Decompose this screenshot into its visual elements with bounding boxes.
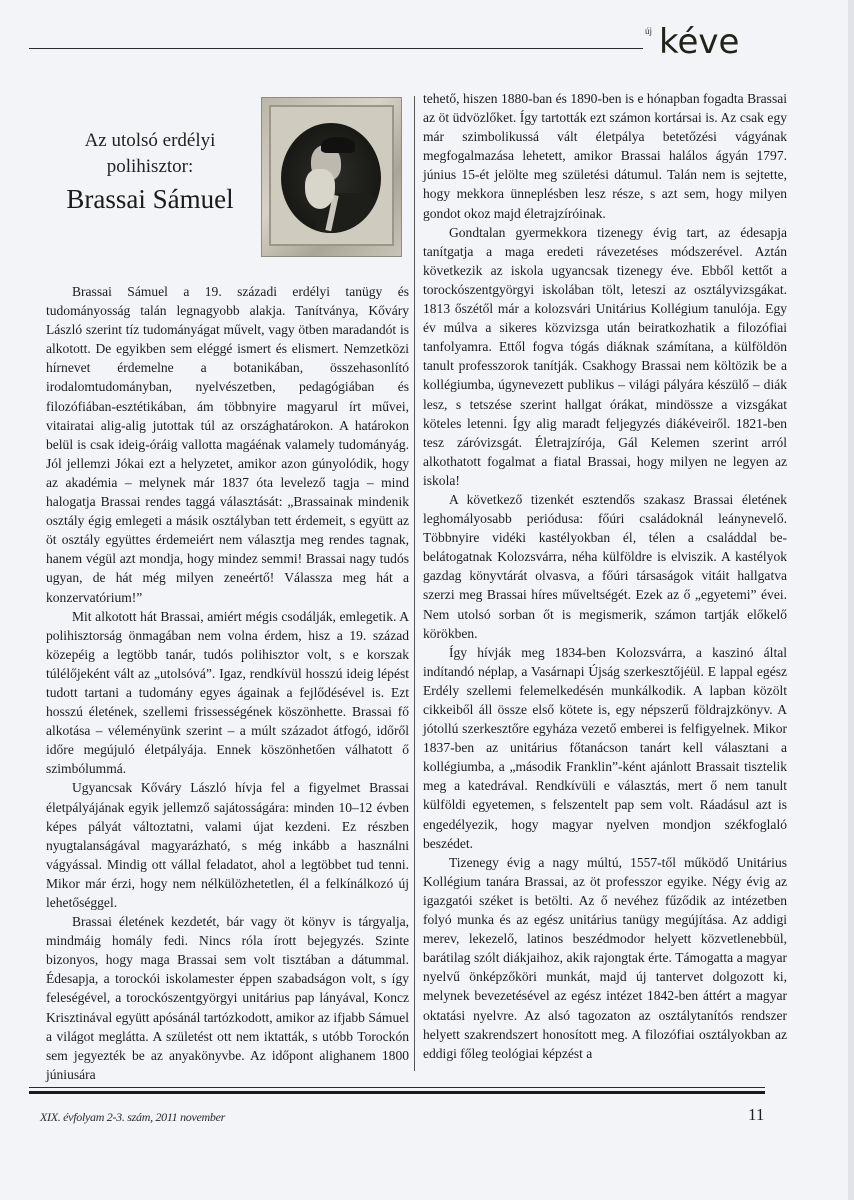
page-number: 11 [748, 1105, 764, 1125]
paragraph: Így hívják meg 1834-ben Kolozsvárra, a k… [423, 643, 787, 853]
paragraph: A következő tizenkét esztendős szakasz B… [423, 490, 787, 643]
portrait-cap [321, 137, 355, 153]
article-kicker-line1: Az utolsó erdélyi [46, 128, 254, 154]
article-title: Brassai Sámuel [46, 182, 254, 216]
article-kicker-line2: polihisztor: [46, 154, 254, 180]
paragraph: Gondtalan gyermekkora tizenegy évig tart… [423, 223, 787, 490]
column-divider [414, 96, 415, 1071]
portrait-beard [305, 169, 335, 209]
picture-frame [269, 105, 394, 246]
paragraph: Tizenegy évig a nagy múltú, 1557-től műk… [423, 853, 787, 1063]
paragraph: tehető, hiszen 1880-ban és 1890-ben is e… [423, 89, 787, 223]
issue-info: XIX. évfolyam 2-3. szám, 2011 november [40, 1110, 225, 1125]
portrait-image [261, 97, 402, 257]
page-edge [848, 0, 854, 1200]
footer-rule-thin [29, 1087, 765, 1088]
paragraph: Ugyancsak Kőváry László hívja fel a figy… [46, 778, 409, 912]
left-column: Brassai Sámuel a 19. századi erdélyi tan… [46, 282, 409, 1084]
logo-prefix: új [645, 26, 652, 36]
logo-title: kéve [659, 22, 739, 62]
paragraph: Brassai életének kezdetét, bár vagy öt k… [46, 912, 409, 1084]
right-column: tehető, hiszen 1880-ban és 1890-ben is e… [423, 89, 787, 1063]
paragraph: Mit alkotott hát Brassai, amiért mégis c… [46, 607, 409, 779]
header-rule [29, 48, 643, 49]
footer-rule-thick [29, 1091, 765, 1094]
oval-portrait [281, 123, 381, 233]
paragraph: Brassai Sámuel a 19. századi erdélyi tan… [46, 282, 409, 607]
article-title-block: Az utolsó erdélyi polihisztor: Brassai S… [46, 128, 254, 216]
